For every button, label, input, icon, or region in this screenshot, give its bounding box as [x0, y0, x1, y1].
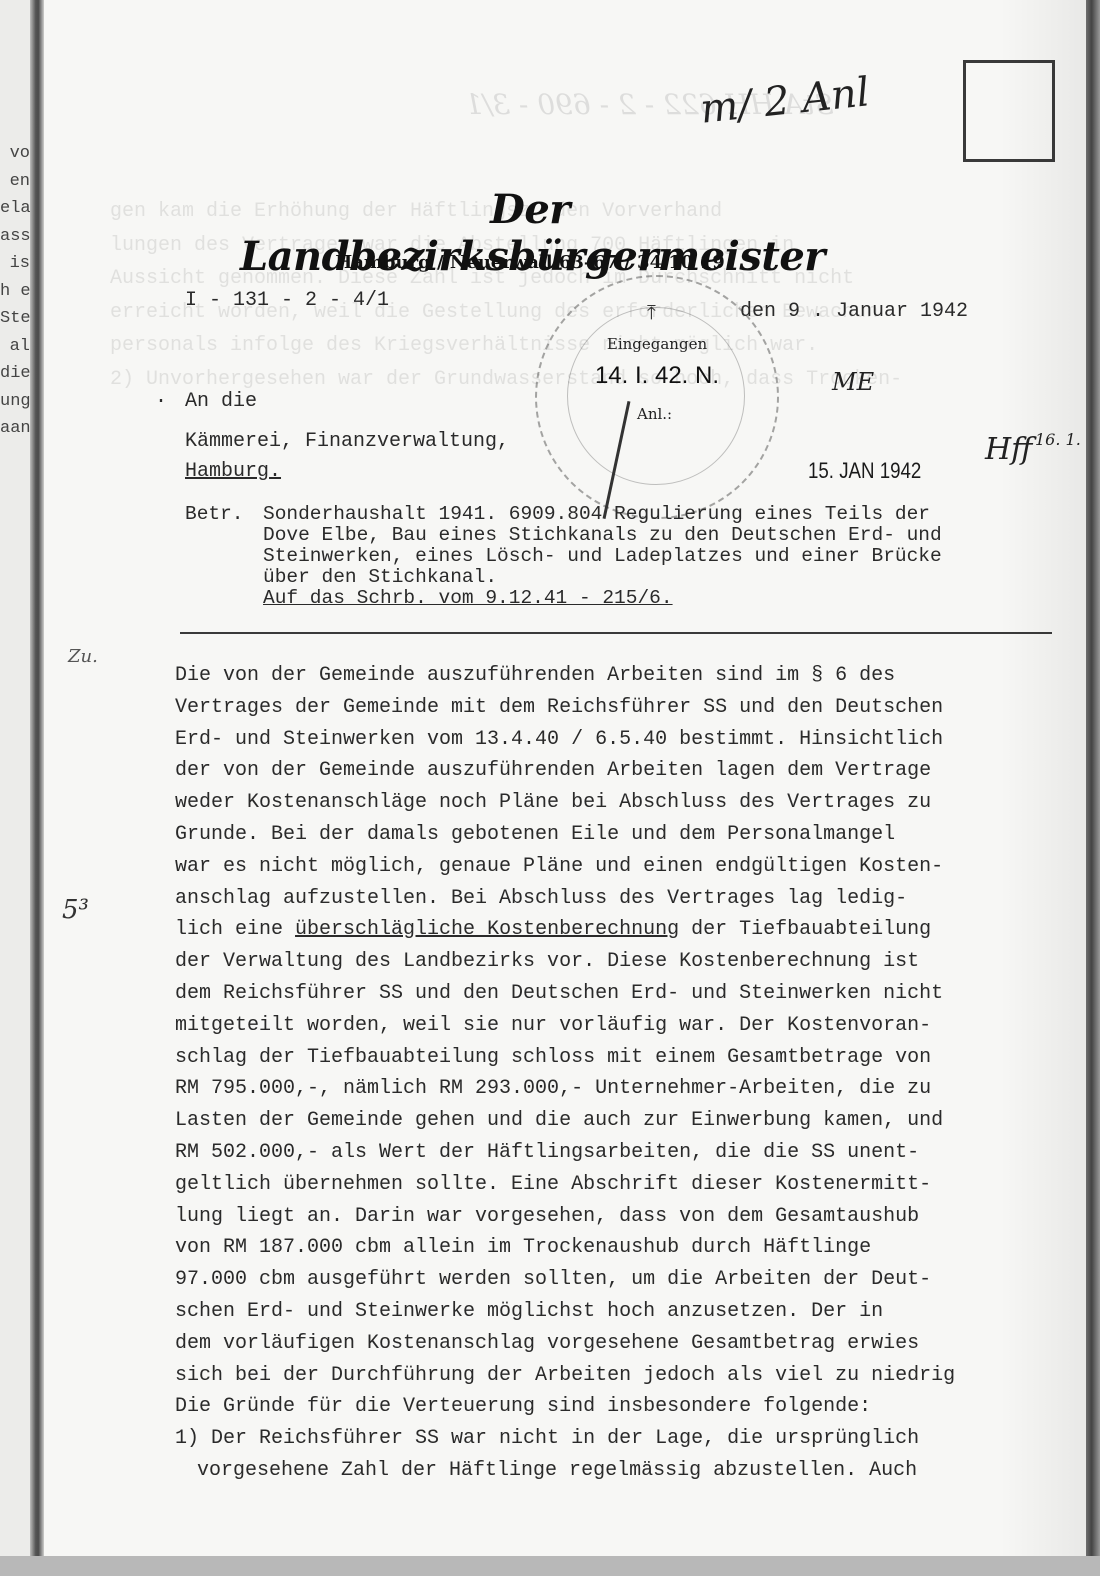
scan-edge-right	[1086, 0, 1100, 1556]
subject-line: Sonderhaushalt 1941. 6909.804 Regulierun…	[263, 504, 1063, 525]
subject-label: Betr.	[185, 504, 244, 525]
fragment: en	[0, 168, 30, 196]
fragment: Ste	[0, 305, 30, 333]
letter-date: den 9 . Januar 1942	[740, 300, 968, 323]
handwritten-initials: ME	[832, 368, 874, 396]
fragment: is	[0, 250, 30, 278]
stamp-received-date: 14. I. 42. N.	[537, 362, 777, 390]
address-line-1: An die	[185, 390, 257, 413]
subject-reference: Auf das Schrb. vom 9.12.41 - 215/6.	[263, 588, 1063, 609]
body-line: dem vorläufigen Kostenanschlag vorgesehe…	[175, 1328, 1055, 1360]
stamp-received-label: Eingegangen	[537, 335, 777, 353]
received-stamp-circle: ⤒ Eingegangen 14. I. 42. N. Anl.:	[535, 275, 779, 519]
scan-edge-bottom	[0, 1556, 1100, 1576]
fragment: ung	[0, 388, 30, 416]
body-line: von RM 187.000 cbm allein im Trockenaush…	[175, 1232, 1055, 1264]
fragment: dies	[0, 360, 30, 388]
dot-mark: ·	[155, 390, 167, 413]
binding-shadow	[30, 0, 44, 1556]
body-line: Die Gründe für die Verteuerung sind insb…	[175, 1391, 1055, 1423]
body-line: mitgeteilt worden, weil sie nur vorläufi…	[175, 1010, 1055, 1042]
subject-line: über den Stichkanal.	[263, 567, 1063, 588]
body-line: schlag der Tiefbauabteilung schloss mit …	[175, 1042, 1055, 1074]
subject-line: Steinwerken, eines Lösch- und Ladeplatze…	[263, 546, 1063, 567]
fragment: vo	[0, 140, 30, 168]
handwritten-note-top: m/ 2 Anl	[698, 69, 872, 132]
body-line: geltlich übernehmen sollte. Eine Abschri…	[175, 1169, 1055, 1201]
fragment: ela	[0, 195, 30, 223]
divider-rule	[180, 632, 1052, 634]
stamp-attachments-label: Anl.:	[637, 405, 672, 423]
body-line: sich bei der Durchführung der Arbeiten j…	[175, 1360, 1055, 1392]
document-page: vo en ela ass is h e Ste al dies ung aan…	[0, 0, 1086, 1556]
fragment: h e	[0, 278, 30, 306]
address-line-2: Kämmerei, Finanzverwaltung,	[185, 430, 509, 453]
body-line: Erd- und Steinwerken vom 13.4.40 / 6.5.4…	[175, 724, 1055, 756]
margin-mark: Zu.	[68, 646, 98, 667]
stamp-inner-ring	[567, 307, 745, 485]
subject-line: Dove Elbe, Bau eines Stichkanals zu den …	[263, 525, 1063, 546]
body-line: 1) Der Reichsführer SS war nicht in der …	[175, 1423, 1055, 1455]
body-line: 97.000 cbm ausgeführt werden sollten, um…	[175, 1264, 1055, 1296]
body-line: schen Erd- und Steinwerke möglichst hoch…	[175, 1296, 1055, 1328]
arrow-icon: ⤒	[647, 302, 656, 326]
underlying-page-text: vo en ela ass is h e Ste al dies ung aan…	[0, 140, 30, 443]
body-line: weder Kostenanschläge noch Pläne bei Abs…	[175, 787, 1055, 819]
body-line: Vertrages der Gemeinde mit dem Reichsfüh…	[175, 692, 1055, 724]
body-line: Lasten der Gemeinde gehen und die auch z…	[175, 1105, 1055, 1137]
page-shading	[1000, 0, 1086, 1556]
underlined-phrase: überschlägliche Kostenberechnung	[295, 918, 679, 941]
fragment: al	[0, 333, 30, 361]
body-line: Grunde. Bei der damals gebotenen Eile un…	[175, 819, 1055, 851]
letterhead-address: Hamburg / Neuerwall 63–67 / 34 10 19	[300, 252, 760, 273]
body-line: anschlag aufzustellen. Bei Abschluss des…	[175, 883, 1055, 915]
margin-mark: 5³	[62, 895, 89, 925]
body-line: vorgesehene Zahl der Häftlinge regelmäss…	[175, 1455, 1055, 1487]
date-stamp: 15. JAN 1942	[808, 458, 921, 484]
letter-body: Die von der Gemeinde auszuführenden Arbe…	[175, 660, 1055, 1487]
body-line: war es nicht möglich, genaue Pläne und e…	[175, 851, 1055, 883]
body-line: dem Reichsführer SS und den Deutschen Er…	[175, 978, 1055, 1010]
fragment: aand	[0, 415, 30, 443]
body-line: lung liegt an. Darin war vorgesehen, das…	[175, 1201, 1055, 1233]
body-line-underlined: lich eine überschlägliche Kostenberechnu…	[175, 914, 1055, 946]
body-line: Die von der Gemeinde auszuführenden Arbe…	[175, 660, 1055, 692]
fragment: ass	[0, 223, 30, 251]
body-line: der von der Gemeinde auszuführenden Arbe…	[175, 755, 1055, 787]
body-line: RM 795.000,-, nämlich RM 293.000,- Unter…	[175, 1073, 1055, 1105]
body-line: RM 502.000,- als Wert der Häftlingsarbei…	[175, 1137, 1055, 1169]
address-line-3: Hamburg.	[185, 460, 281, 483]
body-line: der Verwaltung des Landbezirks vor. Dies…	[175, 946, 1055, 978]
reference-number: I - 131 - 2 - 4/1	[185, 289, 389, 312]
